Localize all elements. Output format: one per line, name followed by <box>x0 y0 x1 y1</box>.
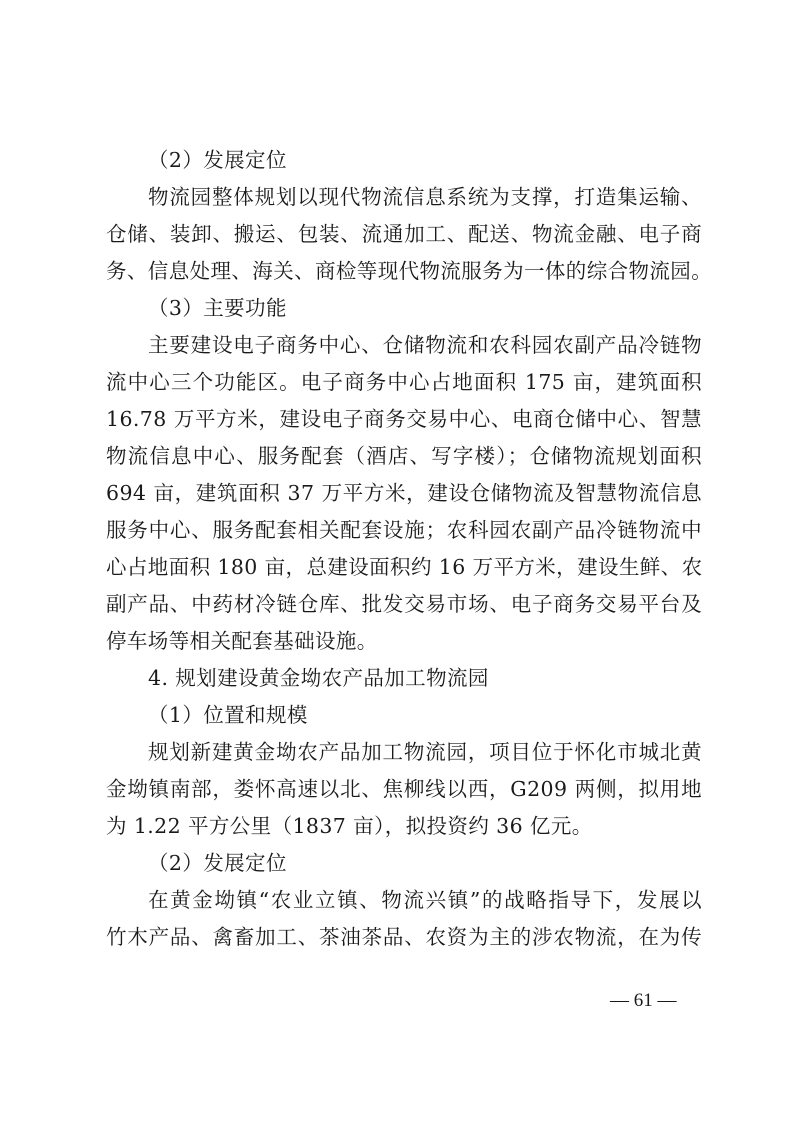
section-heading: 4. 规划建设黄金坳农产品加工物流园 <box>106 660 702 697</box>
paragraph-line: 物流信息中心、服务配套（酒店、写字楼）；仓储物流规划面积 <box>106 438 702 475</box>
paragraph-line: 心占地面积 180 亩，总建设面积约 16 万平方米，建设生鲜、农 <box>106 549 702 586</box>
paragraph-line: 规划新建黄金坳农产品加工物流园，项目位于怀化市城北黄 <box>106 734 702 771</box>
subsection-heading: （2）发展定位 <box>106 845 702 882</box>
paragraph-line: 主要建设电子商务中心、仓储物流和农科园农副产品冷链物 <box>106 327 702 364</box>
paragraph-line: 服务中心、服务配套相关配套设施；农科园农副产品冷链物流中 <box>106 512 702 549</box>
page-number: — 61 — <box>610 990 677 1012</box>
paragraph-line: 竹木产品、禽畜加工、茶油茶品、农资为主的涉农物流，在为传 <box>106 919 702 956</box>
section-heading: （2）发展定位 <box>106 142 702 179</box>
paragraph-line: 在黄金坳镇“农业立镇、物流兴镇”的战略指导下，发展以 <box>106 882 702 919</box>
paragraph-line: 金坳镇南部，娄怀高速以北、焦柳线以西，G209 两侧，拟用地 <box>106 771 702 808</box>
paragraph-line: 694 亩，建筑面积 37 万平方米，建设仓储物流及智慧物流信息 <box>106 475 702 512</box>
paragraph-line: 流中心三个功能区。电子商务中心占地面积 175 亩，建筑面积 <box>106 364 702 401</box>
subsection-heading: （1）位置和规模 <box>106 697 702 734</box>
paragraph-line: 停车场等相关配套基础设施。 <box>106 623 702 660</box>
document-body: （2）发展定位 物流园整体规划以现代物流信息系统为支撑，打造集运输、 仓储、装卸… <box>106 142 702 956</box>
paragraph-line: 务、信息处理、海关、商检等现代物流服务为一体的综合物流园。 <box>106 253 702 290</box>
paragraph-line: 物流园整体规划以现代物流信息系统为支撑，打造集运输、 <box>106 179 702 216</box>
section-heading: （3）主要功能 <box>106 290 702 327</box>
paragraph-line: 仓储、装卸、搬运、包装、流通加工、配送、物流金融、电子商 <box>106 216 702 253</box>
paragraph-line: 为 1.22 平方公里（1837 亩），拟投资约 36 亿元。 <box>106 808 702 845</box>
paragraph-line: 16.78 万平方米，建设电子商务交易中心、电商仓储中心、智慧 <box>106 401 702 438</box>
paragraph-line: 副产品、中药材冷链仓库、批发交易市场、电子商务交易平台及 <box>106 586 702 623</box>
